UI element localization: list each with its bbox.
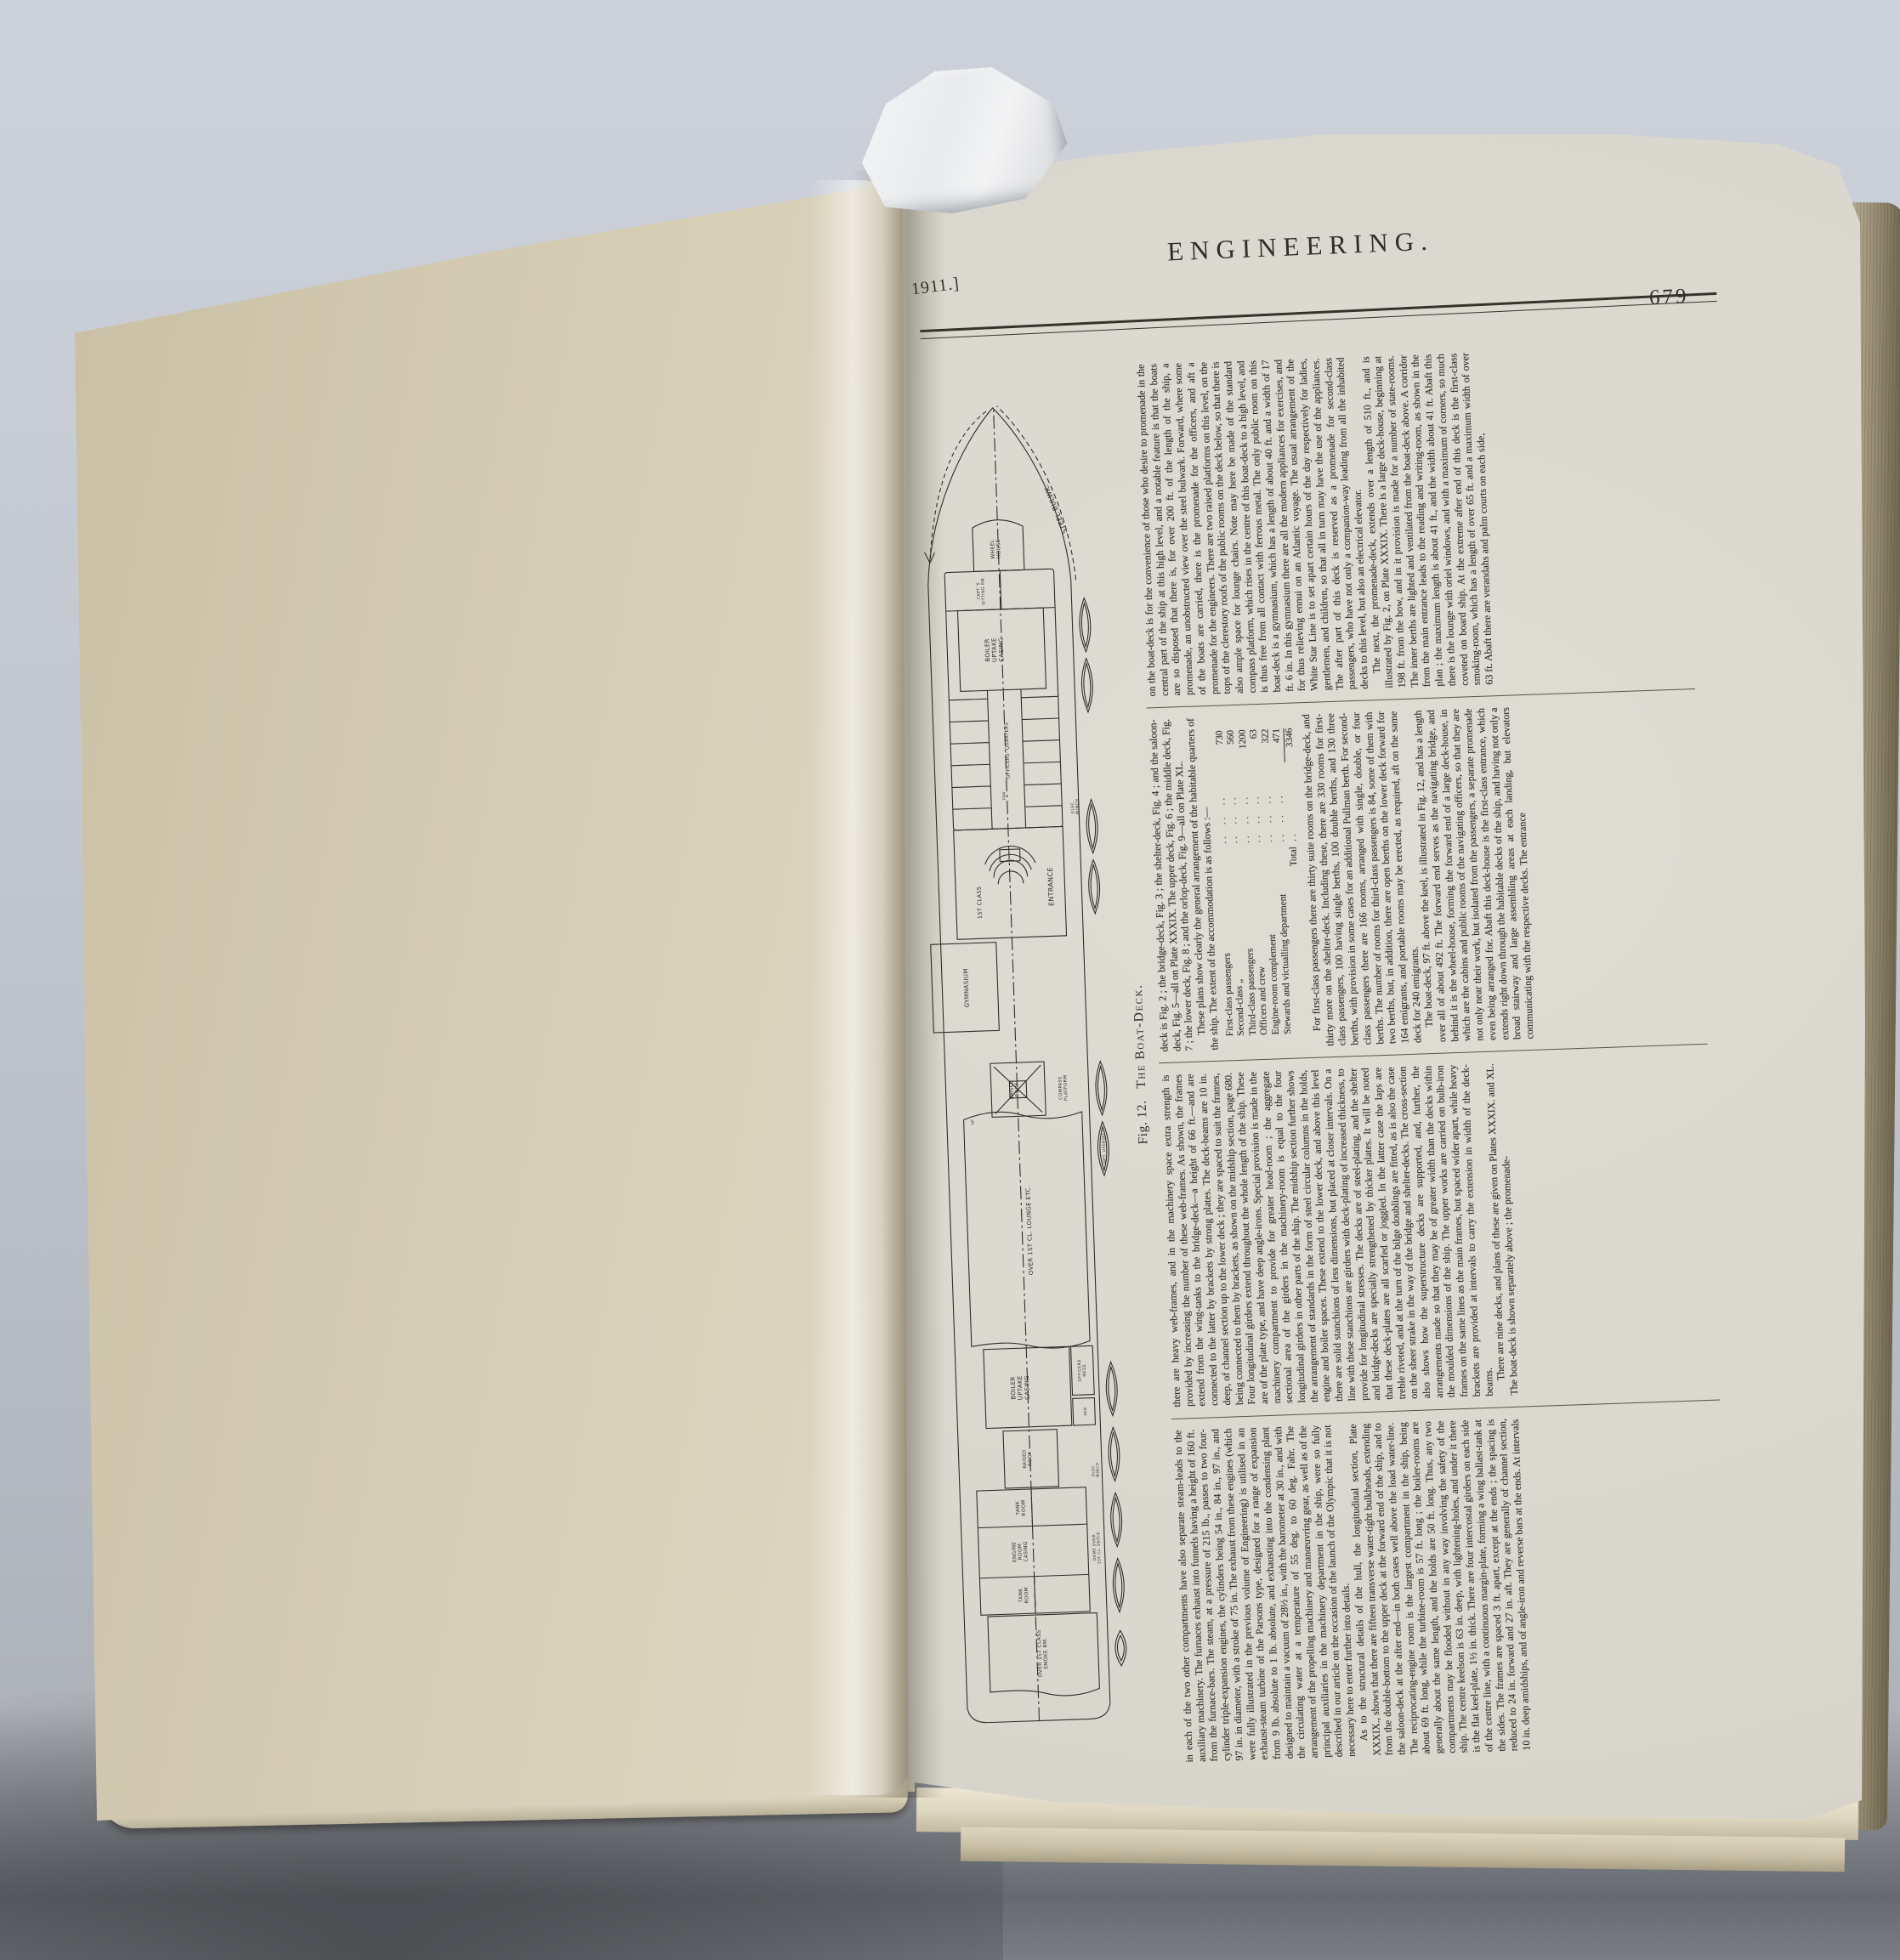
body-paragraph: in each of the two other compartments ha… [1171,1425,1358,1763]
book-photograph: 1911.] ENGINEERING. 679 [0,0,1900,1960]
body-paragraph: there are heavy web-frames, and in the m… [1160,1063,1496,1407]
plan-label: GYMNASIUM [962,968,971,1007]
plan-label: TANKROOM [1016,1499,1027,1516]
plan-label: ENTRANCE [1046,867,1056,906]
figure-title: The Boat-Deck. [1131,983,1149,1088]
plan-label: ELEC.WINCH [1070,799,1080,815]
body-paragraph: As to the structural details of the hull… [1347,1418,1533,1756]
bow-bulwark-dashed [996,404,1075,582]
plan-label: FAN [1083,1408,1088,1416]
plan-label: TANKROOM [1018,1587,1029,1604]
plan-label: FAN [1001,791,1007,800]
text-column-1: in each of the two other compartments ha… [1171,1400,1733,1765]
article-columns: in each of the two other compartments ha… [1134,343,1732,1765]
plan-label: OVER 1ST CLASSSMOKE RM. [1037,1629,1050,1677]
plan-label: BOILERUPTAKECASING [1010,1375,1031,1401]
text-column-3: deck is Fig. 2 ; the bridge-deck, Fig. 3… [1147,689,1708,1064]
plan-label: WHEELHOUSE [990,539,1002,559]
plan-label: 1ST CLASS [976,887,984,920]
body-paragraph: The next, the promenade-deck, extends ov… [1359,352,1496,688]
plan-label: OVER 1ST CL. LOUNGE ETC. [1024,1186,1035,1276]
plan-labels: STEEL BULWK.WHEELHOUSECAPT.'SSITTING RM.… [945,482,1124,1679]
plan-label: OFFICERSMESS [1077,1359,1088,1382]
plan-label: STEEL BULWK. [1042,483,1069,535]
boat-deck-plan-svg: STEEL BULWK.WHEELHOUSECAPT.'SSITTING RM.… [886,384,1148,1751]
plan-label: OFFICERS' QUARTERS [1004,722,1011,778]
body-paragraph: The boat-deck, 97 ft. above the keel, is… [1412,706,1536,1043]
plan-label: ELEC.WINCH [1091,1463,1101,1478]
plan-label: BOILERUPTAKECASING [984,637,1005,663]
rotated-page-body: STEEL BULWK.WHEELHOUSECAPT.'SSITTING RM.… [883,326,1740,1790]
body-paragraph: For first-class passengers there are thi… [1300,711,1424,1047]
plan-label: DOME OVER1ST CL. ENTCE. [1092,1530,1103,1564]
page-number: 679 [1648,285,1689,310]
plan-label: RAISEDROOF [1009,1080,1020,1100]
plan-label: RAISEDROOF [1022,1449,1033,1469]
plan-label: ENGINEROOMCASING [1012,1541,1029,1562]
text-column-2: there are heavy web-frames, and in the m… [1159,1045,1720,1419]
plan-label: COMPASSPLATFORM [1058,1074,1069,1101]
body-paragraph: on the boat-deck is for the convenience … [1134,357,1370,697]
bow-dashed-sweep [925,411,991,563]
lifeboat-shape [1117,1635,1125,1661]
plan-label: UP [970,1119,975,1125]
text-column-4: on the boat-deck is for the convenience … [1134,343,1695,709]
accommodation-table: First-class passengers.. .. ..730Second-… [1214,728,1306,1036]
figure-number: Fig. 12. [1135,1100,1151,1144]
plan-label: CAPT.'SSITTING RM. [976,576,987,605]
